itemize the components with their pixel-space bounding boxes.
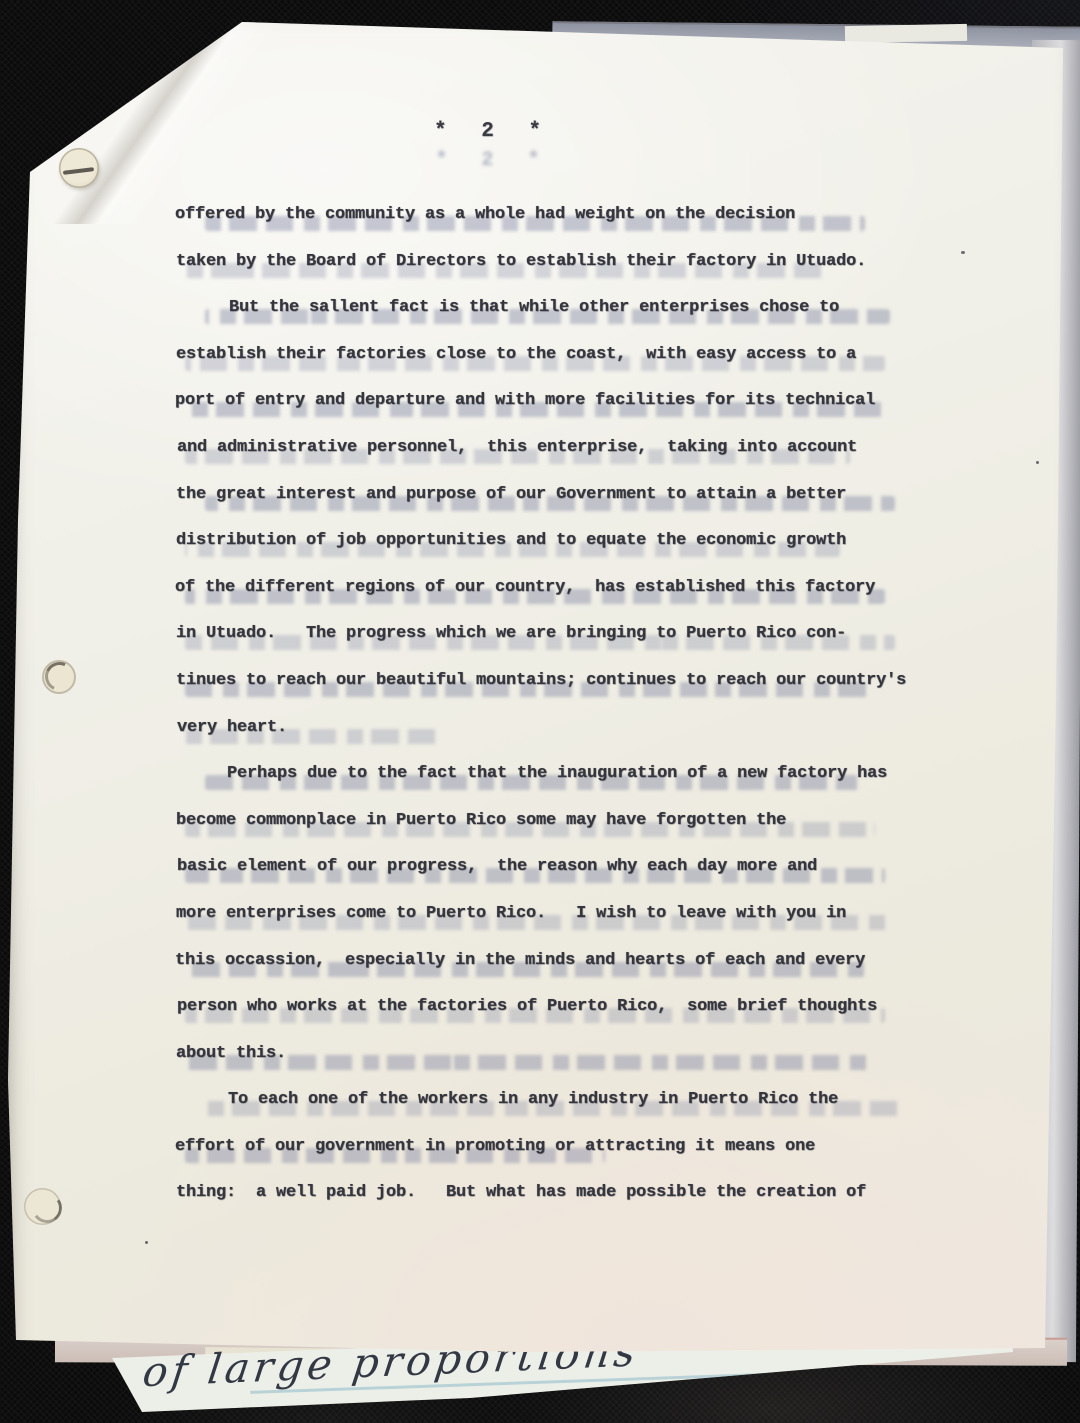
typed-line: effort of our government in promoting or… <box>175 1124 950 1171</box>
typed-line: basic element of our progress, the reaso… <box>177 844 952 891</box>
typed-line: tinues to reach our beautiful mountains;… <box>176 658 951 705</box>
typed-line: very heart. <box>177 705 952 752</box>
typed-text-block: offered by the community as a whole had … <box>176 192 951 1217</box>
typed-line: more enterprises come to Puerto Rico. I … <box>176 891 951 938</box>
typed-line: Perhaps due to the fact that the inaugur… <box>175 751 950 798</box>
typed-line: To each one of the workers in any indust… <box>176 1077 951 1124</box>
typed-line: establish their factories close to the c… <box>176 332 951 379</box>
typed-line: about this. <box>176 1031 951 1078</box>
paper-speck <box>961 251 965 254</box>
page-number: * 2 * <box>408 120 578 143</box>
typed-line: this occassion, especially in the minds … <box>175 938 950 985</box>
scanned-document-photo: of large proportions — . * 2 * * 2 * off… <box>0 0 1080 1423</box>
punch-hole-bottom <box>24 1188 61 1225</box>
typed-line: distribution of job opportunities and to… <box>176 518 951 565</box>
typed-line: But the sallent fact is that while other… <box>177 285 952 332</box>
typed-line: taken by the Board of Directors to estab… <box>176 239 951 286</box>
punch-hole-middle <box>42 660 76 694</box>
typed-line: person who works at the factories of Pue… <box>177 984 952 1031</box>
paper-speck <box>1036 461 1039 464</box>
paper-speck <box>145 1241 148 1244</box>
underlying-sheet-tab <box>845 24 967 43</box>
document-page: * 2 * * 2 * offered by the community as … <box>0 0 1080 1423</box>
typed-line: and administrative personnel, this enter… <box>177 425 952 472</box>
typed-line: of the different regions of our country,… <box>175 565 950 612</box>
page-number-bleed: * 2 * <box>408 149 578 172</box>
typed-line: thing: a well paid job. But what has mad… <box>176 1170 951 1217</box>
punch-hole-top <box>59 148 99 188</box>
typed-line: in Utuado. The progress which we are bri… <box>176 611 951 658</box>
typed-line: port of entry and departure and with mor… <box>175 378 950 425</box>
typed-line: the great interest and purpose of our Go… <box>176 472 951 519</box>
folded-corner-shading <box>0 0 318 224</box>
typed-line: become commonplace in Puerto Rico some m… <box>176 798 951 845</box>
typed-line: offered by the community as a whole had … <box>175 192 950 239</box>
